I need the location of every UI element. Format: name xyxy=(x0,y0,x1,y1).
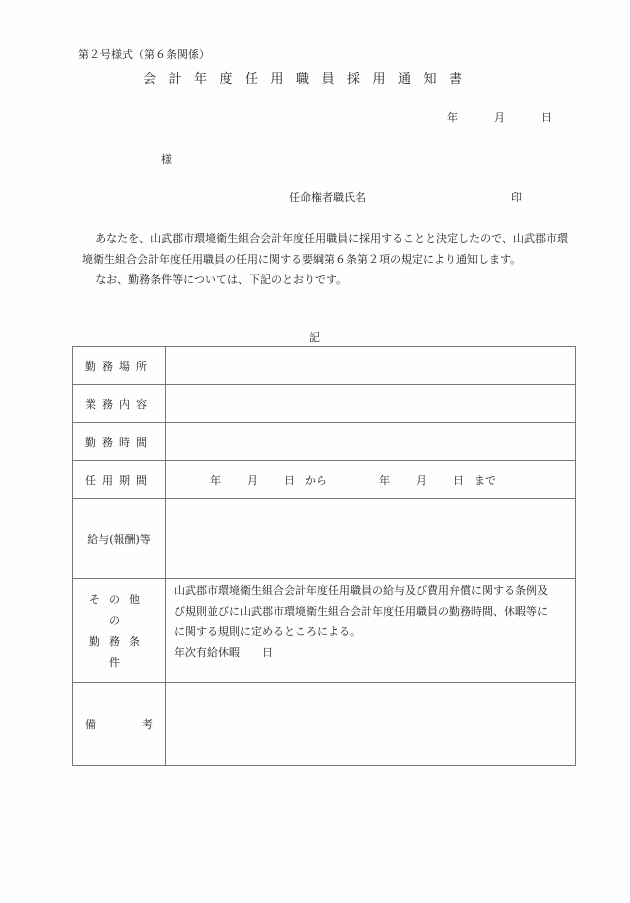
field-salary[interactable] xyxy=(166,499,576,579)
table-row-work-location: 勤務場所 xyxy=(73,347,576,385)
period-end-day: 日 xyxy=(453,472,464,488)
notice-body: あなたを、山武郡市環境衛生組合会計年度任用職員に採用することと決定したので、山武… xyxy=(82,229,572,291)
table-row-work-hours: 勤務時間 xyxy=(73,423,576,461)
label-remarks: 備 考 xyxy=(73,683,166,766)
period-end-year: 年 xyxy=(379,472,390,488)
conditions-table: 勤務場所 業務内容 勤務時間 任用期間 年 月 日 から 年 月 日 まで 給与… xyxy=(72,346,576,766)
table-row-remarks: 備 考 xyxy=(73,683,576,766)
label-appointment-period: 任用期間 xyxy=(73,461,166,499)
other-line-4: 年次有給休暇 日 xyxy=(174,643,573,664)
form-number: 第２号様式（第６条関係） xyxy=(78,46,210,62)
label-other-line1: その他の xyxy=(73,589,165,631)
table-row-other-conditions: その他の 勤務条件 山武郡市環境衛生組合会計年度任用職員の給与及び費用弁償に関す… xyxy=(73,579,576,683)
field-work-hours[interactable] xyxy=(166,423,576,461)
table-row-duties: 業務内容 xyxy=(73,385,576,423)
other-conditions-text: 山武郡市環境衛生組合会計年度任用職員の給与及び費用弁償に関する条例及 び規則並び… xyxy=(172,581,575,663)
field-other-conditions[interactable]: 山武郡市環境衛生組合会計年度任用職員の給与及び費用弁償に関する条例及 び規則並び… xyxy=(166,579,576,683)
field-work-location[interactable] xyxy=(166,347,576,385)
period-line: 年 月 日 から 年 月 日 まで xyxy=(166,472,575,488)
seal-mark: 印 xyxy=(511,189,522,205)
recipient-honorific: 様 xyxy=(161,151,172,167)
label-other-conditions: その他の 勤務条件 xyxy=(73,579,166,683)
label-work-hours: 勤務時間 xyxy=(73,423,166,461)
label-other-line2-text: 勤務条件 xyxy=(85,631,153,673)
document-title: 会計年度任用職員採用通知書 xyxy=(143,68,475,87)
notice-paragraph-1: あなたを、山武郡市環境衛生組合会計年度任用職員に採用することと決定したので、山武… xyxy=(82,229,572,270)
label-other-line1-text: その他の xyxy=(85,589,153,631)
other-line-3: に関する規則に定めるところによる。 xyxy=(174,622,573,643)
date-day-label: 日 xyxy=(541,109,552,125)
table-row-salary: 給与(報酬)等 xyxy=(73,499,576,579)
notice-paragraph-2: なお、勤務条件等については、下記のとおりです。 xyxy=(82,270,572,291)
label-remarks-left: 備 xyxy=(85,716,96,732)
other-line-1: 山武郡市環境衛生組合会計年度任用職員の給与及び費用弁償に関する条例及 xyxy=(174,581,573,602)
label-other-line2: 勤務条件 xyxy=(73,631,165,673)
field-appointment-period[interactable]: 年 月 日 から 年 月 日 まで xyxy=(166,461,576,499)
label-remarks-right: 考 xyxy=(142,716,153,732)
label-remarks-spread: 備 考 xyxy=(73,716,165,732)
label-duties: 業務内容 xyxy=(73,385,166,423)
period-end-month: 月 xyxy=(416,472,427,488)
appointer-label: 任命権者職氏名 xyxy=(289,189,366,205)
field-remarks[interactable] xyxy=(166,683,576,766)
period-start-month: 月 xyxy=(247,472,258,488)
period-start-day: 日 xyxy=(284,472,295,488)
period-start-year: 年 xyxy=(210,472,221,488)
field-duties[interactable] xyxy=(166,385,576,423)
table-row-appointment-period: 任用期間 年 月 日 から 年 月 日 まで xyxy=(73,461,576,499)
other-line-2: び規則並びに山武郡市環境衛生組合会計年度任用職員の勤務時間、休暇等に xyxy=(174,602,573,623)
period-from: から xyxy=(305,472,327,488)
label-salary: 給与(報酬)等 xyxy=(73,499,166,579)
ki-heading: 記 xyxy=(309,329,320,345)
period-to: まで xyxy=(474,472,496,488)
label-work-location: 勤務場所 xyxy=(73,347,166,385)
date-month-label: 月 xyxy=(494,109,505,125)
date-year-label: 年 xyxy=(447,109,458,125)
